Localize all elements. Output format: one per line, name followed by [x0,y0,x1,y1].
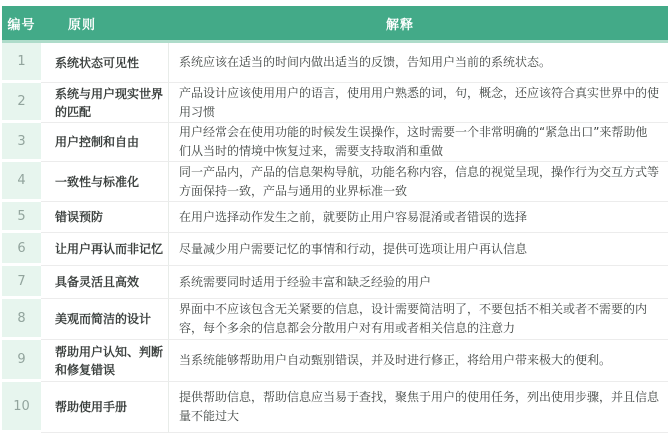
principle-cell: 帮助使用手册 [41,382,168,433]
table-row: 3 用户控制和自由 用户经常会在使用功能的时候发生误操作，这时需要一个非常明确的… [2,123,668,162]
explanation-cell: 系统需要同时适用于经验丰富和缺乏经验的用户 [168,266,668,299]
table-row: 5 错误预防 在用户选择动作发生之前，就要防止用户容易混淆或者错误的选择 [2,202,668,233]
explanation-cell: 尽量减少用户需要记忆的事情和行动，提供可选项让用户再认信息 [168,233,668,266]
principle-cell: 系统与用户现实世界的匹配 [41,83,168,123]
explanation-cell: 在用户选择动作发生之前，就要防止用户容易混淆或者错误的选择 [168,202,668,233]
row-number: 4 [2,162,41,202]
usability-heuristics-table: 编号 原则 解释 1 系统状态可见性 系统应该在适当的时间内做出适当的反馈，告知… [2,6,668,433]
page: 编号 原则 解释 1 系统状态可见性 系统应该在适当的时间内做出适当的反馈，告知… [0,0,668,433]
principle-cell: 用户控制和自由 [41,123,168,162]
row-number: 8 [2,299,41,340]
row-number: 3 [2,123,41,162]
column-header-explanation: 解释 [168,14,668,33]
explanation-cell: 界面中不应该包含无关紧要的信息，设计需要简洁明了，不要包括不相关或者不需要的内容… [168,299,668,340]
table-row: 7 具备灵活且高效 系统需要同时适用于经验丰富和缺乏经验的用户 [2,266,668,299]
table-row: 8 美观而简洁的设计 界面中不应该包含无关紧要的信息，设计需要简洁明了，不要包括… [2,299,668,340]
principle-cell: 帮助用户认知、判断和修复错误 [41,340,168,382]
table-body: 1 系统状态可见性 系统应该在适当的时间内做出适当的反馈，告知用户当前的系统状态… [2,43,668,433]
table-header-row: 编号 原则 解释 [2,6,668,43]
explanation-cell: 用户经常会在使用功能的时候发生误操作，这时需要一个非常明确的“紧急出口”来帮助他… [168,123,668,162]
explanation-cell: 系统应该在适当的时间内做出适当的反馈，告知用户当前的系统状态。 [168,43,668,83]
principle-cell: 具备灵活且高效 [41,266,168,299]
row-number: 2 [2,83,41,123]
explanation-cell: 同一产品内，产品的信息架构导航，功能名称内容，信息的视觉呈现，操作行为交互方式等… [168,162,668,202]
principle-cell: 美观而简洁的设计 [41,299,168,340]
column-header-number: 编号 [2,14,41,33]
table-row: 9 帮助用户认知、判断和修复错误 当系统能够帮助用户自动甄别错误，并及时进行修正… [2,340,668,382]
row-number: 9 [2,340,41,382]
column-header-principle: 原则 [41,14,168,33]
table-row: 4 一致性与标准化 同一产品内，产品的信息架构导航，功能名称内容，信息的视觉呈现… [2,162,668,202]
explanation-cell: 提供帮助信息，帮助信息应当易于查找，聚焦于用户的使用任务，列出使用步骤，并且信息… [168,382,668,433]
table-row: 2 系统与用户现实世界的匹配 产品设计应该使用用户的语言，使用用户熟悉的词，句，… [2,83,668,123]
row-number: 7 [2,266,41,299]
explanation-cell: 当系统能够帮助用户自动甄别错误，并及时进行修正，将给用户带来极大的便利。 [168,340,668,382]
row-number: 10 [2,382,41,433]
table-row: 1 系统状态可见性 系统应该在适当的时间内做出适当的反馈，告知用户当前的系统状态… [2,43,668,83]
principle-cell: 一致性与标准化 [41,162,168,202]
row-number: 5 [2,202,41,233]
row-number: 1 [2,43,41,83]
principle-cell: 系统状态可见性 [41,43,168,83]
explanation-cell: 产品设计应该使用用户的语言，使用用户熟悉的词，句，概念，还应该符合真实世界中的使… [168,83,668,123]
principle-cell: 错误预防 [41,202,168,233]
principle-cell: 让用户再认而非记忆 [41,233,168,266]
table-row: 6 让用户再认而非记忆 尽量减少用户需要记忆的事情和行动，提供可选项让用户再认信… [2,233,668,266]
table-row: 10 帮助使用手册 提供帮助信息，帮助信息应当易于查找，聚焦于用户的使用任务，列… [2,382,668,433]
row-number: 6 [2,233,41,266]
